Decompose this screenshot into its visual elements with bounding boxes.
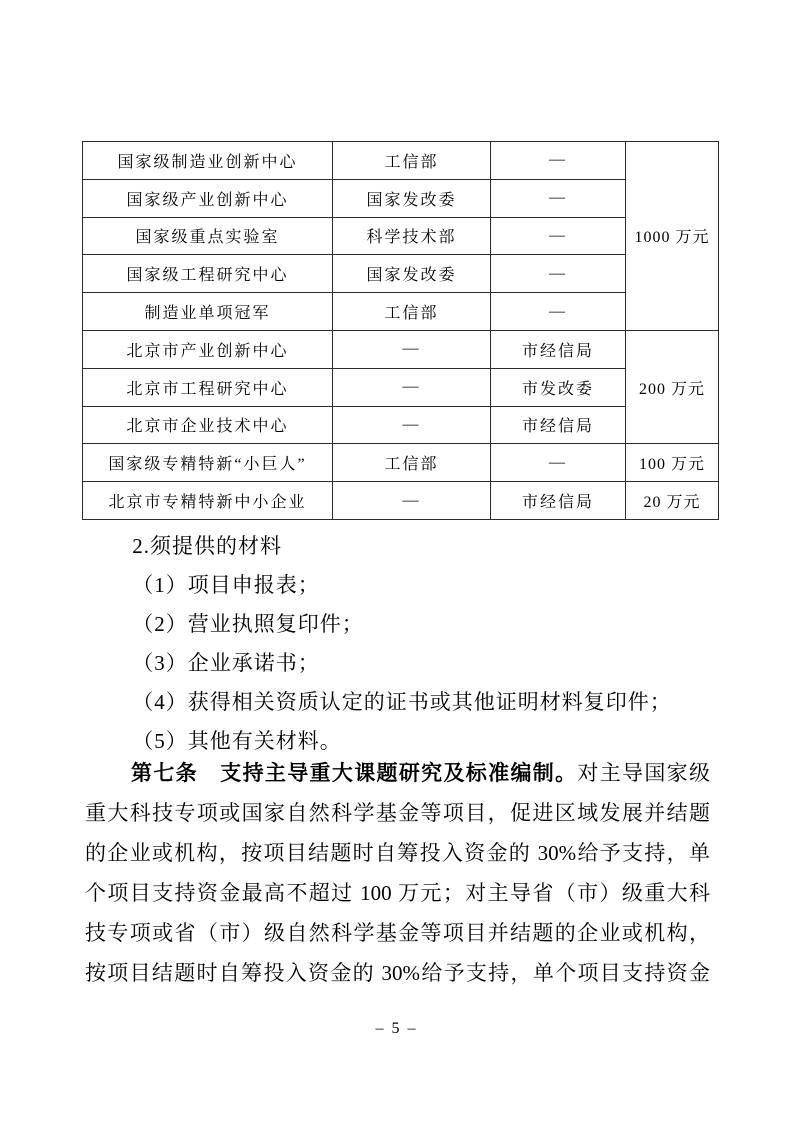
table-row: 北京市企业技术中心 — 市经信局 <box>83 406 719 444</box>
article-line: 第七条 支持主导重大课题研究及标准编制。对主导国家级 <box>85 753 710 793</box>
national-dept-cell: 国家发改委 <box>333 255 491 293</box>
city-dept-cell: — <box>491 444 626 482</box>
org-name-cell: 国家级重点实验室 <box>83 217 333 255</box>
national-dept-cell: 科学技术部 <box>333 217 491 255</box>
org-name-cell: 国家级产业创新中心 <box>83 179 333 217</box>
national-dept-cell: 工信部 <box>333 293 491 331</box>
article-heading: 第七条 支持主导重大课题研究及标准编制。 <box>131 762 577 785</box>
org-name-cell: 国家级工程研究中心 <box>83 255 333 293</box>
org-name-cell: 国家级制造业创新中心 <box>83 142 333 180</box>
national-dept-cell: 国家发改委 <box>333 179 491 217</box>
article-line: 个项目支持资金最高不超过 100 万元；对主导省（市）级重大科 <box>85 873 710 913</box>
table-row: 国家级制造业创新中心 工信部 — 1000 万元 <box>83 142 719 180</box>
materials-item: （1）项目申报表； <box>85 566 713 605</box>
national-dept-cell: — <box>333 368 491 406</box>
table-row: 国家级工程研究中心 国家发改委 — <box>83 255 719 293</box>
amount-cell: 1000 万元 <box>626 142 719 331</box>
grant-table: 国家级制造业创新中心 工信部 — 1000 万元 国家级产业创新中心 国家发改委… <box>82 141 719 520</box>
city-dept-cell: — <box>491 255 626 293</box>
materials-item: （4）获得相关资质认定的证书或其他证明材料复印件； <box>85 683 713 722</box>
table-row: 国家级产业创新中心 国家发改委 — <box>83 179 719 217</box>
materials-section: 2.须提供的材料 （1）项目申报表； （2）营业执照复印件； （3）企业承诺书；… <box>85 527 713 761</box>
city-dept-cell: 市发改委 <box>491 368 626 406</box>
article-line: 的企业或机构，按项目结题时自筹投入资金的 30%给予支持，单 <box>85 833 710 873</box>
table-row: 北京市产业创新中心 — 市经信局 200 万元 <box>83 330 719 368</box>
national-dept-cell: 工信部 <box>333 142 491 180</box>
city-dept-cell: — <box>491 179 626 217</box>
table-row: 北京市专精特新中小企业 — 市经信局 20 万元 <box>83 482 719 520</box>
org-name-cell: 北京市专精特新中小企业 <box>83 482 333 520</box>
city-dept-cell: 市经信局 <box>491 330 626 368</box>
document-page: 国家级制造业创新中心 工信部 — 1000 万元 国家级产业创新中心 国家发改委… <box>0 0 793 1122</box>
amount-cell: 20 万元 <box>626 482 719 520</box>
national-dept-cell: — <box>333 330 491 368</box>
org-name-cell: 北京市企业技术中心 <box>83 406 333 444</box>
city-dept-cell: — <box>491 217 626 255</box>
table-row: 国家级专精特新“小巨人” 工信部 — 100 万元 <box>83 444 719 482</box>
page-number: – 5 – <box>0 1020 793 1038</box>
national-dept-cell: — <box>333 406 491 444</box>
table-row: 北京市工程研究中心 — 市发改委 <box>83 368 719 406</box>
article-text: 对主导国家级 <box>577 761 710 785</box>
city-dept-cell: — <box>491 293 626 331</box>
org-name-cell: 制造业单项冠军 <box>83 293 333 331</box>
materials-intro: 2.须提供的材料 <box>85 527 713 566</box>
table-row: 国家级重点实验室 科学技术部 — <box>83 217 719 255</box>
city-dept-cell: 市经信局 <box>491 406 626 444</box>
amount-cell: 200 万元 <box>626 330 719 443</box>
materials-item: （3）企业承诺书； <box>85 644 713 683</box>
org-name-cell: 北京市产业创新中心 <box>83 330 333 368</box>
city-dept-cell: 市经信局 <box>491 482 626 520</box>
article-line: 技专项或省（市）级自然科学基金等项目并结题的企业或机构， <box>85 913 710 953</box>
org-name-cell: 北京市工程研究中心 <box>83 368 333 406</box>
article-line: 重大科技专项或国家自然科学基金等项目，促进区域发展并结题 <box>85 793 710 833</box>
article-line: 按项目结题时自筹投入资金的 30%给予支持，单个项目支持资金 <box>85 953 710 993</box>
table-row: 制造业单项冠军 工信部 — <box>83 293 719 331</box>
national-dept-cell: 工信部 <box>333 444 491 482</box>
materials-item: （2）营业执照复印件； <box>85 605 713 644</box>
amount-cell: 100 万元 <box>626 444 719 482</box>
org-name-cell: 国家级专精特新“小巨人” <box>83 444 333 482</box>
city-dept-cell: — <box>491 142 626 180</box>
national-dept-cell: — <box>333 482 491 520</box>
article-7-paragraph: 第七条 支持主导重大课题研究及标准编制。对主导国家级 重大科技专项或国家自然科学… <box>85 753 710 993</box>
